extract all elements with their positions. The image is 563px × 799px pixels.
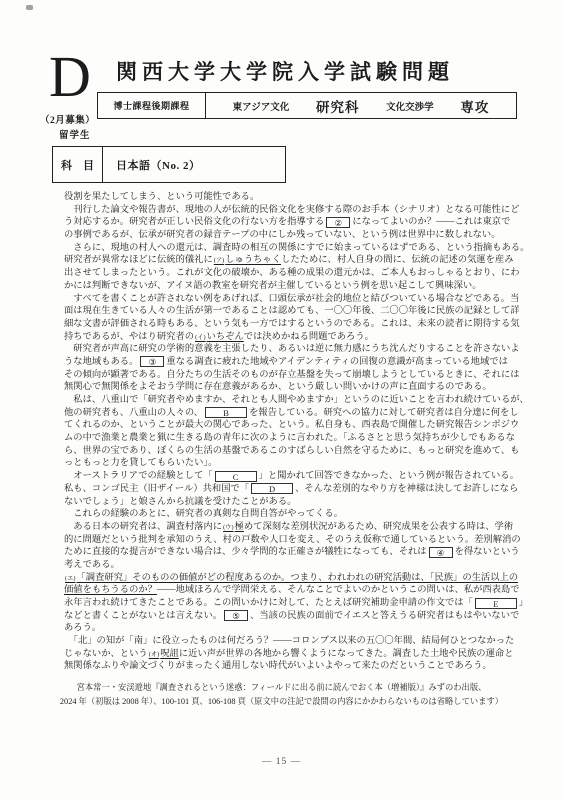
text-line: ムの中で漁業と農業と猟に生きる島の青年に次のように言われた。「ふるさとと思う気持…: [64, 432, 510, 445]
subject-value: 日本語（No. 2）: [103, 147, 285, 182]
text-line: その傾向が顕著である。自分たちの生活そのものが存立基盤を失って崩壊しようとしてい…: [64, 369, 510, 382]
faculty-name: 東アジア文化: [233, 99, 290, 113]
text-line: 研究者が異常なほどに伝統的儀礼に(ア)しゅうちゃくしたために、村人自身の間に、伝…: [64, 254, 510, 267]
program-detail-cell: 東アジア文化 研究科 文化交渉学 専攻: [206, 93, 516, 118]
answer-blank-box: C: [215, 471, 257, 482]
text-line: の事例であるが、伝承が研究者の録音テープの中にしか残っていない、という例は世界中…: [64, 229, 510, 242]
major-suffix: 専攻: [460, 96, 489, 116]
answer-blank-box: ⑤: [224, 610, 248, 621]
page-title: 関西大学大学院入学試験問題: [116, 56, 454, 86]
subject-label: 科 目: [53, 147, 103, 182]
answer-blank-box: ③: [140, 356, 164, 367]
underlined-text: (オ)呪詛: [148, 649, 179, 659]
text-line: 無関心で無関係をよそおう学問に存在意義があるか、という厳しい問いかけの声に直面す…: [64, 381, 510, 394]
text-line: うな地域もある。③重なる調査に疲れた地域やアイデンティティの回復の意識が高まって…: [64, 356, 510, 369]
text-line: 永年言われ続けてきたことである。この問いかけに対して、たとえば研究補助金申請の作…: [64, 597, 510, 610]
text-line: あろう。: [64, 622, 510, 635]
answer-blank-box: ②: [326, 217, 350, 228]
text-line: 価値をもちうるのか？――地域ほろんで学問栄える、そんなことでよいのかというこの問…: [64, 584, 510, 597]
faculty-suffix: 研究科: [316, 96, 360, 116]
text-line: 的に問題だという批判を承知のうえ、村の戸数や人口を変え、そのうえ仮称で通している…: [64, 534, 510, 547]
text-line: 出させてしまったという。これが文化の破壊か、ある種の成果の還元かは、ご本人もおっ…: [64, 267, 510, 280]
text-line: これらの経験のあとに、研究者の真剣な自問自答がやってくる。: [64, 508, 510, 521]
underlined-text: (ア)しゅうちゃく: [213, 255, 281, 265]
question-marker: (エ): [64, 575, 77, 582]
underlined-text: (ウ)極: [222, 522, 244, 532]
text-line: ら、世界の宝であり、ぼくらの生活の基盤であるこのすばらしい自然を守るために、もっ…: [64, 445, 510, 458]
citation-line-2: 2024 年（初版は 2008 年）、100-101 頁、106-108 頁（原…: [50, 695, 513, 709]
text-line: 私も、コンゴ民主（旧ザイール）共和国で「D、そんな差別的なやり方を神様は決してお…: [64, 483, 510, 496]
text-line: ある日本の研究者は、調査村落内に(ウ)極めて深刻な差別状況があるため、研究成果を…: [64, 521, 510, 534]
text-line: てくれるのか、ということが最大の関心であった、という。私自身も、西表島で開催した…: [64, 419, 510, 432]
course-cell: 博士課程後期課程: [98, 93, 206, 118]
text-line: ために直接的な提言ができない場合は、少々学問的な正確さが犠牲になっても、それは④…: [64, 546, 510, 559]
text-line: 「北」の知が「南」に役立ったものは何だろう？――コロンブス以来の五〇〇年間、結局…: [64, 635, 510, 648]
text-line: さらに、現地の村人への還元は、調査時の相互の関係にすでに始まっているはずである、…: [64, 242, 510, 255]
text-line: う対応するか。研究者が正しい民俗文化の行ない方を指導する②になってよいのか？――…: [64, 216, 510, 229]
student-type-label: 留学生: [59, 127, 91, 141]
major-name: 文化交渉学: [386, 99, 434, 113]
question-marker: (ア): [213, 257, 226, 264]
underlined-text: (エ)「調査研究」そのものの価値がどの程度あるのか。つまり、われわれの研究活動は…: [64, 573, 518, 583]
text-line: じゃないか、という(オ)呪詛に近い声が世界の各地から響くようになってきた。調査し…: [64, 648, 510, 661]
text-line: 他の研究者も、八重山の人々の、Bを報告している。研究への協力に対して研究者は自分…: [64, 407, 510, 420]
question-marker: (イ): [194, 334, 207, 341]
text-line: 考えである。: [64, 559, 510, 572]
text-line: 役割を果たしてしまう、という可能性である。: [64, 191, 510, 204]
exam-page: D （2月募集） 留学生 関西大学大学院入学試験問題 博士課程後期課程 東アジア…: [0, 0, 563, 799]
text-line: 面は現在生きている人々の生活が第一であることは認めても、一〇〇年後、二〇〇年後に…: [64, 305, 510, 318]
body-text: 役割を果たしてしまう、という可能性である。 刊行した論文や報告書が、現地の人が伝…: [64, 191, 510, 673]
scan-artifact: [26, 5, 33, 10]
question-marker: (ウ): [222, 524, 235, 531]
text-line: (エ)「調査研究」そのものの価値がどの程度あるのか。つまり、われわれの研究活動は…: [64, 572, 510, 585]
subject-table: 科 目 日本語（No. 2）: [52, 146, 286, 183]
recruit-note: （2月募集）: [40, 112, 95, 126]
text-line: 私は、八重山で「研究者やめますか、それとも人間やめますか」というのに近いことを言…: [64, 394, 510, 407]
text-line: 持ちであるが、やはり研究者の(イ)いちぞんでは決めかねる問題であろう。: [64, 331, 510, 344]
answer-blank-box: ④: [429, 547, 453, 558]
page-number: ― 15 ―: [0, 757, 563, 767]
answer-blank-box: B: [205, 407, 247, 418]
citation-line-1: 宮本常一・安渓遊地『調査されるという迷惑：フィールドに出る前に読んでおく本（増補…: [50, 681, 513, 695]
text-line: っともっと力を貸してもらいたい」。: [64, 457, 510, 470]
question-marker: (オ): [148, 651, 161, 658]
text-line: ないでしょう」と娘さんから抗議を受けたことがある。: [64, 496, 510, 509]
text-line: すべてを書くことが許されない例をあげれば、口頭伝承が社会的地位と結びついている場…: [64, 293, 510, 306]
program-table: 博士課程後期課程 東アジア文化 研究科 文化交渉学 専攻: [97, 92, 517, 119]
underlined-text: 価値をもちうるのか？: [64, 585, 157, 595]
text-line: 刊行した論文や報告書が、現地の人が伝統的民俗文化を実修する際のお手本（シナリオ）…: [64, 204, 510, 217]
answer-blank-box: E: [475, 598, 517, 609]
citation: 宮本常一・安渓遊地『調査されるという迷惑：フィールドに出る前に読んでおく本（増補…: [50, 681, 513, 708]
series-letter: D: [49, 48, 91, 106]
text-line: などと書くことがないとは言えない。⑤、当該の民族の面前でイエスと答えうる研究者は…: [64, 610, 510, 623]
text-line: オーストラリアでの経験として「C」と聞かれて回答できなかった、という例が報告され…: [64, 470, 510, 483]
text-line: 無関係なふりや論文づくりがまったく通用しない時代がいよいよやって来たのだというこ…: [64, 660, 510, 673]
underlined-text: (イ)いちぞん: [194, 332, 244, 342]
text-line: かには判断できないが、アイヌ語の教室を研究者が主催しているという例を思い起こして…: [64, 280, 510, 293]
text-line: 研究者が声高に研究の学術的意義を主張したり、あるいは逆に無力感にうち沈んだりする…: [64, 343, 510, 356]
text-line: 細な文書が評価される時もある、という気も一方ではするというのである。これは、未来…: [64, 318, 510, 331]
answer-blank-box: D: [251, 483, 293, 494]
